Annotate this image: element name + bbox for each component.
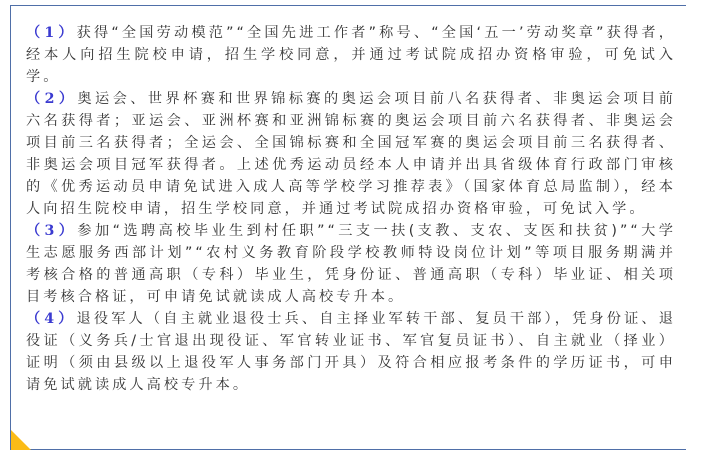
paragraph-3: （3）参加“选聘高校毕业生到村任职”“三支一扶(支教、支农、支医和扶贫)”“大学…	[26, 220, 676, 308]
item-number: （4）	[26, 311, 77, 327]
paragraph-1: （1）获得“全国劳动模范”“全国先进工作者”称号、“全国‘五一’劳动奖章”获得者…	[26, 22, 676, 88]
paragraph-text: 参加“选聘高校毕业生到村任职”“三支一扶(支教、支农、支医和扶贫)”“大学生志愿…	[26, 223, 676, 305]
paragraph-2: （2）奥运会、世界杯赛和世界锦标赛的奥运会项目前八名获得者、非奥运会项目前六名获…	[26, 88, 676, 220]
item-number: （1）	[26, 25, 77, 41]
item-number: （2）	[26, 91, 77, 107]
item-number: （3）	[26, 223, 77, 239]
paragraph-text: 获得“全国劳动模范”“全国先进工作者”称号、“全国‘五一’劳动奖章”获得者，经本…	[26, 25, 676, 85]
document-body: （1）获得“全国劳动模范”“全国先进工作者”称号、“全国‘五一’劳动奖章”获得者…	[26, 22, 676, 396]
paragraph-4: （4）退役军人（自主就业退役士兵、自主择业军转干部、复员干部），凭身份证、退役证…	[26, 308, 676, 396]
paragraph-text: 奥运会、世界杯赛和世界锦标赛的奥运会项目前八名获得者、非奥运会项目前六名获得者；…	[26, 91, 676, 217]
corner-decoration	[11, 430, 31, 450]
paragraph-text: 退役军人（自主就业退役士兵、自主择业军转干部、复员干部），凭身份证、退役证（义务…	[26, 311, 676, 393]
